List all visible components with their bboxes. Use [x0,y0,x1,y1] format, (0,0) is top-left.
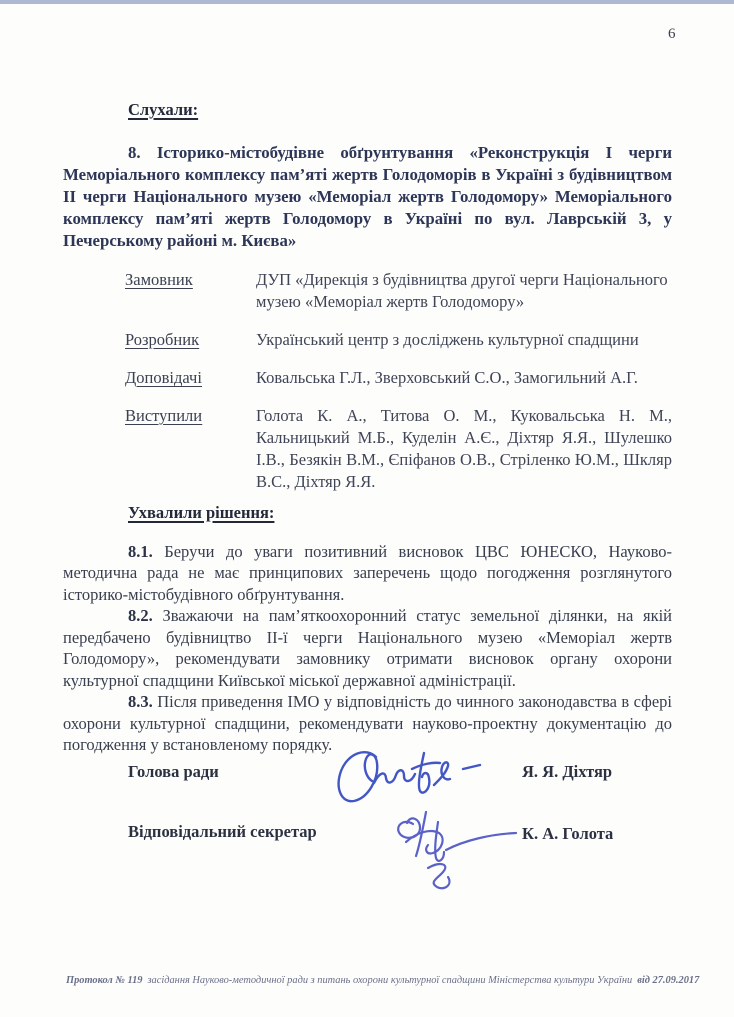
resolution-number: 8.2. [128,606,153,625]
detail-label-developer: Розробник [125,329,256,351]
heading-heard: Слухали: [128,100,672,120]
resolution-paragraph-2: 8.2. Зважаючи на пам’яткоохоронний стату… [63,605,672,691]
detail-label-text: Розробник [125,330,199,349]
resolution-number: 8.1. [128,542,153,561]
agenda-item-paragraph: 8. Історико-містобудівне обґрунтування «… [63,142,672,252]
signature-name-chairman: Я. Я. Діхтяр [522,762,612,782]
resolution-paragraph-1: 8.1. Беручи до уваги позитивний висновок… [63,541,672,606]
resolution-number: 8.3. [128,692,153,711]
signature-name-secretary: К. А. Голота [522,824,613,844]
agenda-item-text: Історико-містобудівне обґрунтування «Рек… [63,143,672,250]
scan-edge-band [0,0,734,4]
resolution-text: Беручи до уваги позитивний висновок ЦВС … [63,542,672,604]
secretary-handwritten-signature [380,802,535,894]
footer-date: від 27.09.2017 [637,975,699,986]
detail-value-developer: Український центр з досліджень культурно… [256,329,672,351]
signature-role-chairman: Голова ради [128,762,219,782]
detail-value-speakers: Ковальська Г.Л., Зверховський С.О., Замо… [256,367,672,389]
scanned-protocol-page: { "page": { "number": "6", "background":… [0,0,734,1017]
page-number: 6 [668,26,676,43]
detail-value-customer: ДУП «Дирекція з будівництва другої черги… [256,269,672,313]
detail-label-text: Доповідачі [125,368,202,387]
footer-middle-text: засідання Науково-методичної ради з пита… [147,975,632,986]
detail-label-customer: Замовник [125,269,256,291]
detail-label-text: Виступили [125,406,202,425]
heading-decided: Ухвалили рішення: [128,503,672,523]
detail-row-developer: Розробник Український центр з досліджень… [125,329,672,351]
detail-row-discussants: Виступили Голота К. А., Титова О. М., Ку… [125,405,672,493]
detail-row-speakers: Доповідачі Ковальська Г.Л., Зверховський… [125,367,672,389]
resolution-text: Зважаючи на пам’яткоохоронний статус зем… [63,606,672,690]
signature-role-secretary: Відповідальний секретар [128,822,317,842]
document-body: Слухали: 8. Історико-містобудівне обґрун… [63,100,672,756]
detail-value-discussants: Голота К. А., Титова О. М., Куковальська… [256,405,672,493]
detail-label-text: Замовник [125,270,193,289]
detail-label-discussants: Виступили [125,405,256,427]
detail-label-speakers: Доповідачі [125,367,256,389]
resolutions-block: 8.1. Беручи до уваги позитивний висновок… [63,541,672,756]
detail-row-customer: Замовник ДУП «Дирекція з будівництва дру… [125,269,672,313]
footer-doc-label: Протокол № 119 [66,975,142,986]
agenda-item-number: 8. [128,143,141,162]
footer-note: Протокол № 119 засідання Науково-методич… [66,975,706,986]
details-table: Замовник ДУП «Дирекція з будівництва дру… [125,269,672,493]
